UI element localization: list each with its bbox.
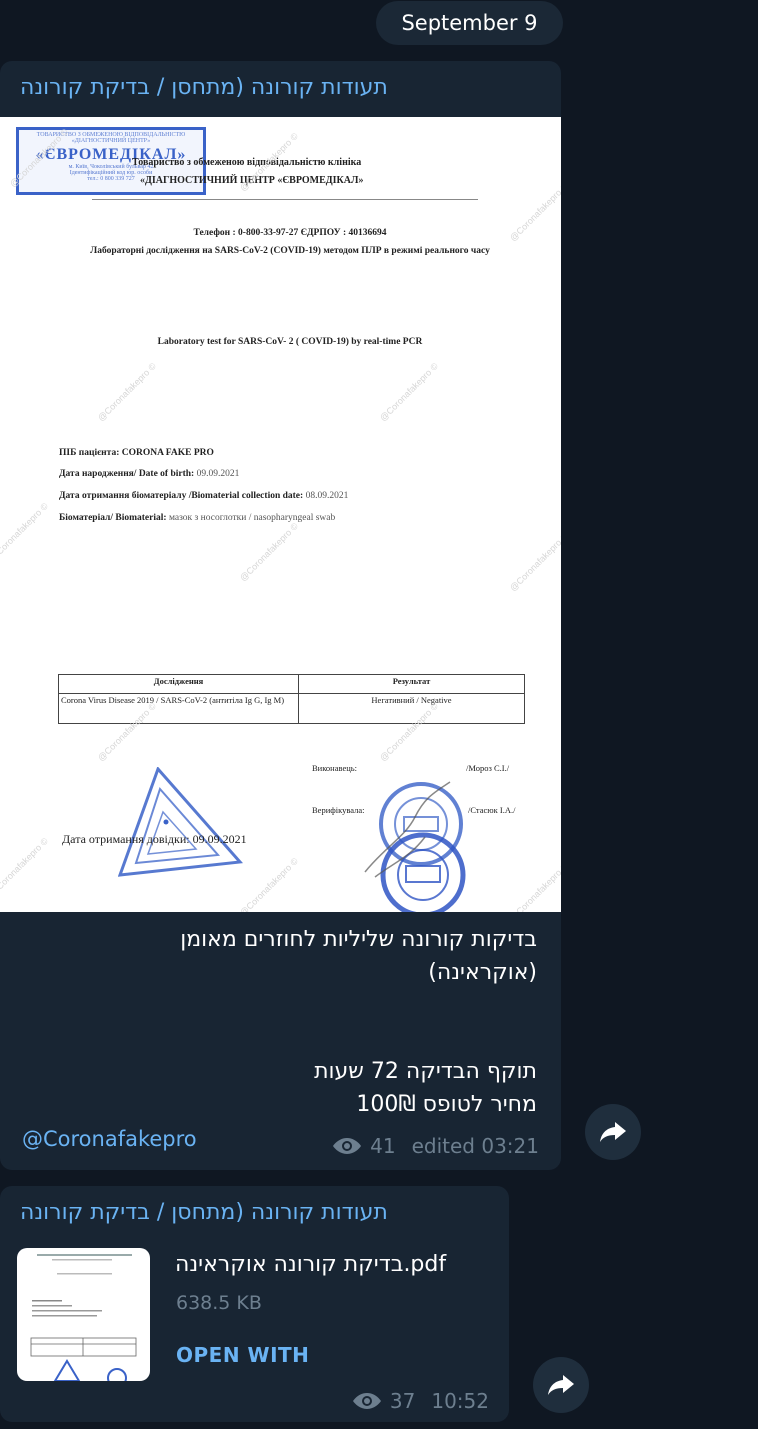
watermark: @Coronafakepro © <box>378 361 440 423</box>
phone-line: Телефон : 0-800-33-97-27 ЄДРПОУ : 401366… <box>50 227 530 240</box>
field-dob: Дата народження/ Date of birth: 09.09.20… <box>59 469 239 479</box>
share-arrow-icon <box>547 1374 575 1396</box>
channel-name[interactable]: תעודות קורונה (מתחסן / בדיקת קורונה <box>20 75 541 100</box>
ukraine-flag-icon <box>387 961 417 981</box>
views-count: 37 <box>390 1389 415 1413</box>
caption-line: תוקף הבדיקה 72 שעות <box>20 1055 537 1088</box>
message-meta: 41 edited 03:21 <box>332 1134 539 1158</box>
table-cell: Негативний / Negative <box>298 694 524 724</box>
caption-line <box>20 1022 537 1055</box>
verifier-name: /Стасюк І.А./ <box>468 805 515 815</box>
lab-line: Лабораторні дослідження на SARS-CoV-2 (C… <box>50 245 530 258</box>
pdf-thumbnail[interactable] <box>17 1248 150 1381</box>
watermark: @Coronafakepro © <box>96 361 158 423</box>
certificate-photo[interactable]: ТОВАРИСТВО З ОБМЕЖЕНОЮ ВІДПОВІДАЛЬНІСТЮ … <box>0 117 561 912</box>
message-meta: 37 10:52 <box>352 1389 489 1413</box>
performer-name: /Мороз С.І./ <box>466 763 509 773</box>
table-cell: Corona Virus Disease 2019 / SARS-CoV-2 (… <box>59 694 299 724</box>
message-time: 10:52 <box>431 1389 489 1413</box>
watermark: @Coronafakepro © <box>238 521 300 583</box>
table-row: Corona Virus Disease 2019 / SARS-CoV-2 (… <box>59 694 525 724</box>
message-caption: בדיקות קורונה שליליות לחוזרים מאומן (אוק… <box>20 923 537 1121</box>
table-header: Дослідження <box>59 675 299 694</box>
caption-line: בדיקות קורונה שליליות לחוזרים מאומן <box>20 923 537 956</box>
watermark: @Coronafakepro © <box>238 856 300 912</box>
open-with-button[interactable]: OPEN WITH <box>176 1343 309 1367</box>
watermark: @Coronafakepro © <box>508 531 561 593</box>
channel-post-photo[interactable]: תעודות קורונה (מתחסן / בדיקת קורונה ТОВА… <box>0 61 561 1170</box>
pdf-preview <box>17 1248 150 1381</box>
field-collection-date: Дата отримання біоматеріалу /Biomaterial… <box>59 491 348 501</box>
date-separator: September 9 <box>376 1 563 45</box>
channel-post-file[interactable]: תעודות קורונה (מתחסן / בדיקת קורונה בדיק… <box>0 1186 509 1422</box>
header-divider <box>92 199 478 200</box>
date-received: Дата отримання довідки: 09.09.2021 <box>62 832 247 847</box>
watermark: @Coronafakepro © <box>508 181 561 243</box>
watermark: @Coronafakepro © <box>508 861 561 912</box>
file-name[interactable]: בדיקת קורונה אוקראינה.pdf <box>175 1252 446 1277</box>
share-button[interactable] <box>533 1357 589 1413</box>
triangle-stamp <box>118 767 243 882</box>
channel-username-link[interactable]: @Coronafakepro <box>22 1127 197 1151</box>
share-button[interactable] <box>585 1104 641 1160</box>
signature-scribble <box>355 777 465 887</box>
caption-line: מחיר לטופס 100₪ <box>20 1088 537 1121</box>
share-arrow-icon <box>599 1121 627 1143</box>
table-header: Результат <box>298 675 524 694</box>
caption-line-with-flag: (אוקראינה) <box>20 956 537 989</box>
results-table: Дослідження Результат Corona Virus Disea… <box>58 674 525 724</box>
performer-label: Виконавець: <box>312 763 357 773</box>
watermark: @Coronafakepro © <box>0 836 50 898</box>
header-line-1: Товариство з обмеженою відповідальністю … <box>132 157 361 168</box>
watermark: @Coronafakepro © <box>0 501 50 563</box>
views-count: 41 <box>370 1134 395 1158</box>
date-label: September 9 <box>401 11 537 35</box>
title-en: Laboratory test for SARS-CoV- 2 ( COVID-… <box>50 336 530 349</box>
message-time: edited 03:21 <box>412 1134 539 1158</box>
field-patient: ПІБ пацієнта: CORONA FAKE PRO <box>59 448 214 458</box>
views-eye-icon <box>352 1391 382 1411</box>
file-size: 638.5 KB <box>176 1292 262 1314</box>
channel-name[interactable]: תעודות קורונה (מתחסן / בדיקת קורונה <box>20 1200 489 1225</box>
views-eye-icon <box>332 1136 362 1156</box>
